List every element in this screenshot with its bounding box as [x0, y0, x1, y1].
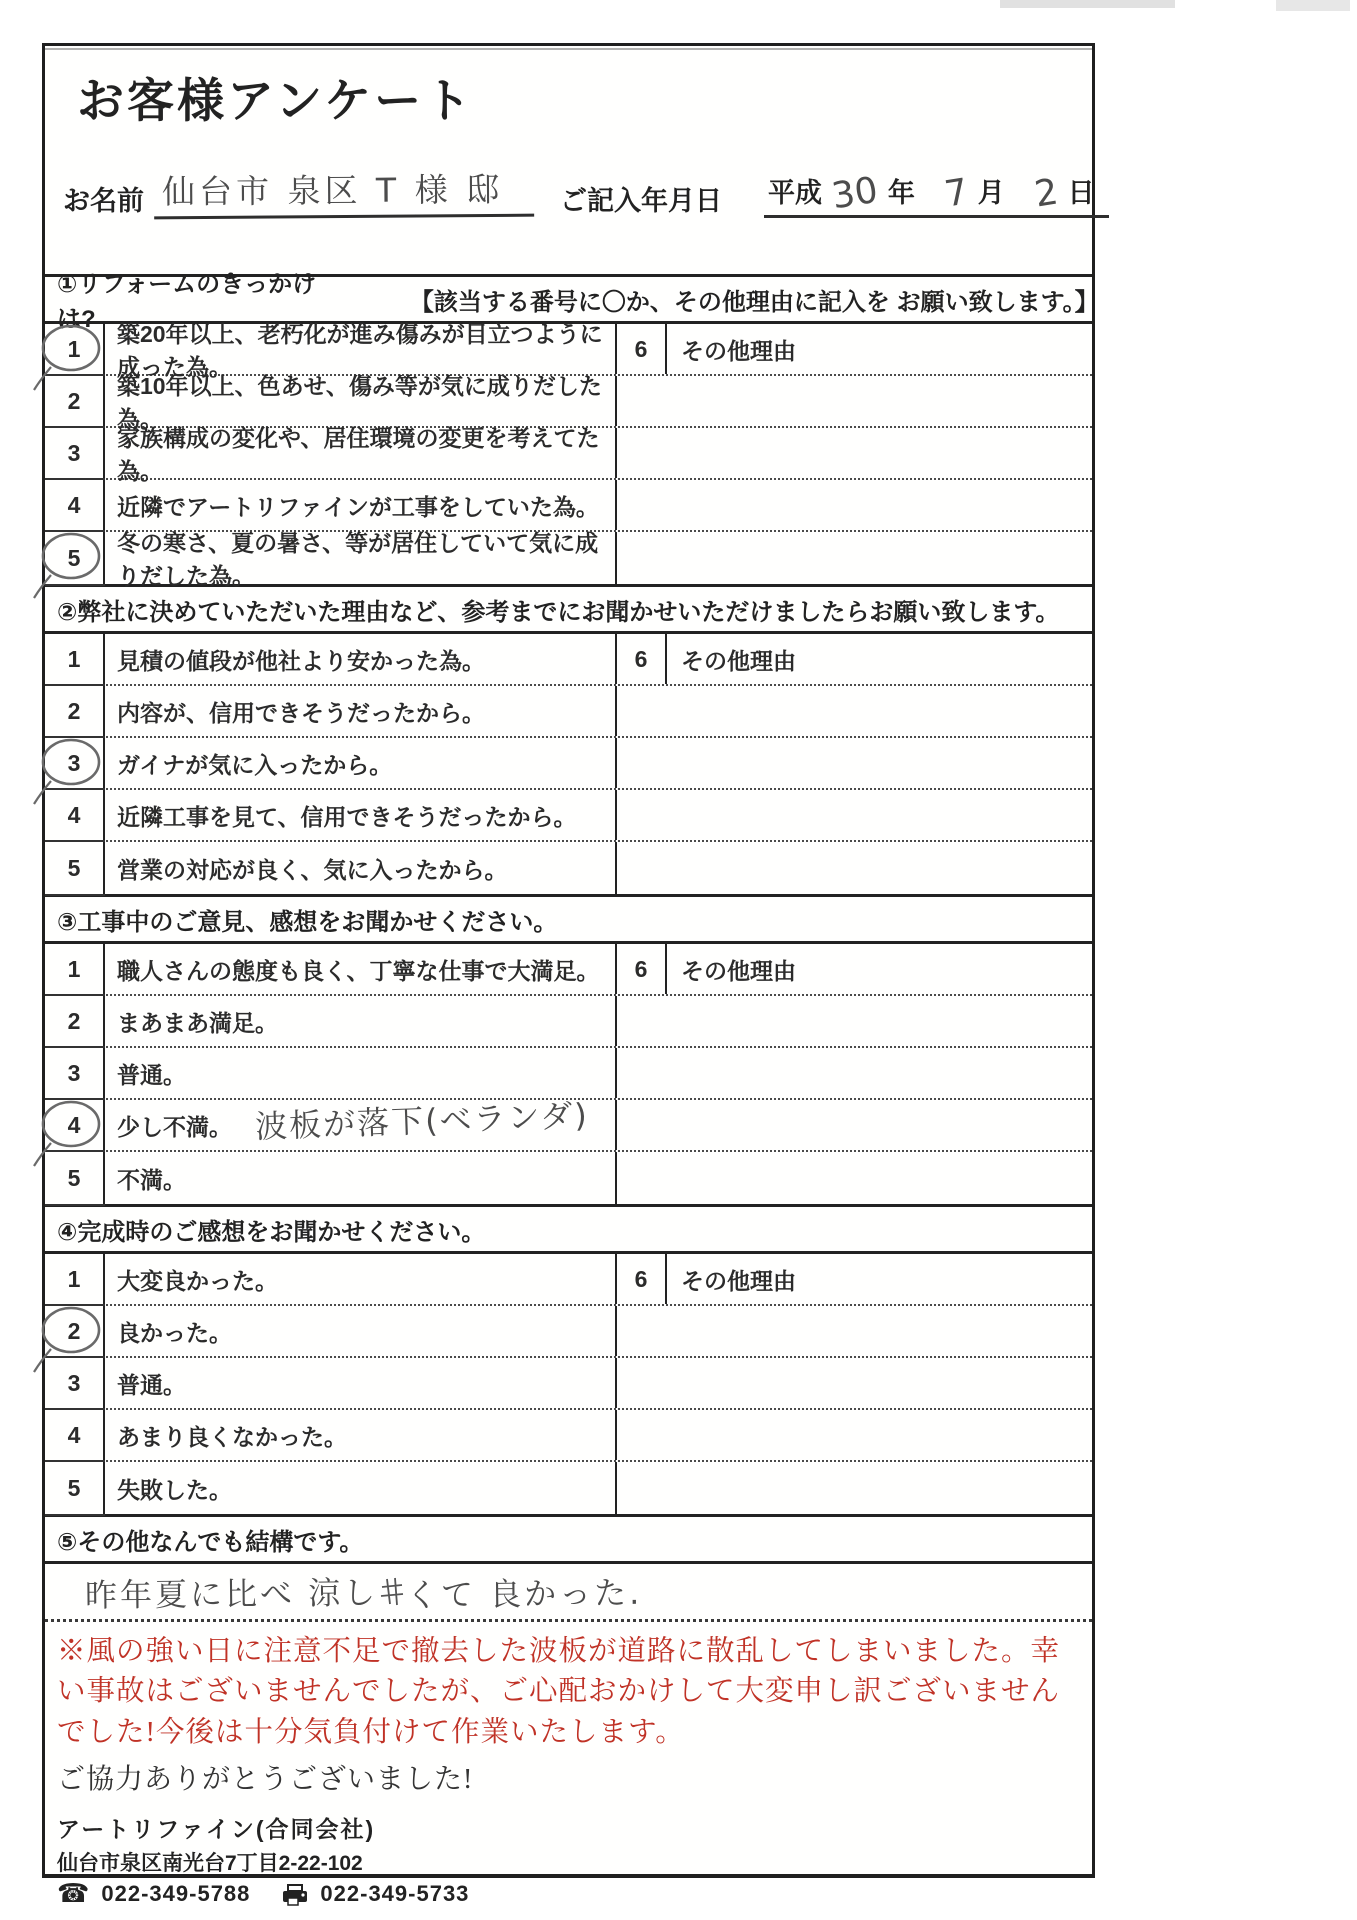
option-label: 家族構成の変化や、居住環境の変更を考えてた為。 [117, 420, 615, 486]
section1-instruction: 【該当する番号に〇か、その他理由に記入を お願い致します。】 [410, 282, 1092, 317]
option-text-cell: 内容が、信用できそうだったから。 [105, 686, 617, 736]
other-reason-cell: 6 その他理由 [617, 944, 1092, 994]
name-value-handwritten: 仙台市 泉区 T 様 邸 [154, 164, 534, 220]
other-number: 6 [617, 634, 667, 684]
option-number: 4 [68, 1422, 81, 1449]
option-text-cell: ガイナが気に入ったから。 [105, 738, 617, 788]
section3-header: ③工事中のご意見、感想をお聞かせください。 [45, 894, 1092, 944]
option-label: 見積の値段が他社より安かった為。 [117, 643, 485, 676]
fax-icon [282, 1883, 308, 1905]
other-reason-cell [617, 532, 1092, 584]
option-number-cell: 4 [45, 1410, 105, 1460]
option-number-cell: 1 [45, 944, 105, 994]
apology-notice-red: ※風の強い日に注意不足で撤去した波板が道路に散乱してしまいました。幸い事故はござ… [57, 1632, 1078, 1753]
table-row: 3 ガイナが気に入ったから。 [45, 738, 1092, 790]
phone-icon: ☎ [57, 1881, 89, 1907]
date-label: ご記入年月日 [560, 179, 722, 218]
option-number-cell: 2 [45, 1306, 105, 1356]
option-number-cell: 2 [45, 996, 105, 1046]
other-number: 6 [617, 1254, 667, 1304]
name-label: お名前 [63, 179, 144, 218]
option-number: 1 [68, 1266, 81, 1293]
option-label: 普通。 [117, 1367, 186, 1400]
company-address: 仙台市泉区南光台7丁目2-22-102 [57, 1847, 1092, 1877]
company-footer: アートリファイン(合同会社) 仙台市泉区南光台7丁目2-22-102 ☎ 022… [57, 1811, 1092, 1907]
table-row: 2 良かった。 [45, 1306, 1092, 1358]
option-label: 職人さんの態度も良く、丁寧な仕事で大満足。 [117, 953, 600, 986]
option-text-cell: 失敗した。 [105, 1462, 617, 1514]
month-label: 月 [978, 171, 1005, 210]
table-row: 3 普通。 [45, 1358, 1092, 1410]
option-text-cell: 家族構成の変化や、居住環境の変更を考えてた為。 [105, 428, 617, 478]
table-row: 5 冬の寒さ、夏の暑さ、等が居住していて気に成りだした為。 [45, 532, 1092, 584]
other-reason-cell [617, 842, 1092, 894]
section3-table: 1 職人さんの態度も良く、丁寧な仕事で大満足。 6 その他理由 2 まあまあ満足… [45, 944, 1092, 1204]
survey-form: お客様アンケート お名前 仙台市 泉区 T 様 邸 ご記入年月日 平成 30 年… [42, 43, 1095, 1878]
table-row: 1 大変良かった。 6 その他理由 [45, 1254, 1092, 1306]
option-number-cell: 3 [45, 428, 105, 478]
company-name: アートリファイン(合同会社) [57, 1811, 1092, 1844]
day-value-handwritten: 2 [1032, 178, 1059, 212]
handwritten-comment: くて 良かった. [406, 1567, 643, 1615]
option-number-cell: 5 [45, 532, 105, 584]
option-text-cell: 近隣でアートリファインが工事をしていた為。 [105, 480, 617, 530]
other-number: 6 [617, 324, 667, 374]
option-text-cell: 少し不満。 波板が落下(ベランダ) [105, 1100, 617, 1150]
scan-artifact [1000, 0, 1175, 8]
form-header: お客様アンケート お名前 仙台市 泉区 T 様 邸 ご記入年月日 平成 30 年… [45, 64, 1092, 274]
section4-table: 1 大変良かった。 6 その他理由 2 良かった。 3 [45, 1254, 1092, 1514]
thanks-message: ご協力ありがとうございました! [57, 1757, 1078, 1797]
other-label: その他理由 [667, 1263, 796, 1296]
option-number-cell: 5 [45, 1462, 105, 1514]
option-number: 4 [68, 1112, 81, 1139]
option-number-cell: 3 [45, 1358, 105, 1408]
option-number-cell: 3 [45, 738, 105, 788]
option-text-cell: 不満。 [105, 1152, 617, 1204]
table-row: 1 職人さんの態度も良く、丁寧な仕事で大満足。 6 その他理由 [45, 944, 1092, 996]
option-text-cell: 築10年以上、色あせ、傷み等が気に成りだした為。 [105, 376, 617, 426]
option-number-cell: 4 [45, 1100, 105, 1150]
option-label: 近隣でアートリファインが工事をしていた為。 [117, 489, 599, 522]
table-row: 1 見積の値段が他社より安かった為。 6 その他理由 [45, 634, 1092, 686]
option-number-cell: 1 [45, 324, 105, 374]
table-row: 5 失敗した。 [45, 1462, 1092, 1514]
other-reason-cell [617, 738, 1092, 788]
option-label: あまり良くなかった。 [117, 1419, 347, 1452]
option-text-cell: 近隣工事を見て、信用できそうだったから。 [105, 790, 617, 840]
other-number: 6 [617, 944, 667, 994]
section2-header: ②弊社に決めていただいた理由など、参考までにお聞かせいただけましたらお願い致しま… [45, 584, 1092, 634]
section3-title: ③工事中のご意見、感想をお聞かせください。 [57, 902, 557, 937]
table-row: 2 まあまあ満足。 [45, 996, 1092, 1048]
fax-number: 022-349-5733 [320, 1881, 469, 1907]
option-number: 5 [68, 855, 81, 882]
option-number: 3 [68, 1060, 81, 1087]
option-number: 3 [68, 440, 81, 467]
option-number-cell: 3 [45, 1048, 105, 1098]
option-text-cell: 職人さんの態度も良く、丁寧な仕事で大満足。 [105, 944, 617, 994]
option-label: 不満。 [117, 1162, 186, 1195]
option-text-cell: 普通。 [105, 1358, 617, 1408]
other-label: その他理由 [667, 333, 796, 366]
crossout-scribble-mark [380, 1577, 404, 1607]
option-number: 5 [68, 1475, 81, 1502]
table-row: 4 少し不満。 波板が落下(ベランダ) [45, 1100, 1092, 1152]
option-number: 3 [68, 1370, 81, 1397]
year-value-handwritten: 30 [830, 176, 880, 213]
option-number: 1 [68, 956, 81, 983]
option-text-cell: 冬の寒さ、夏の暑さ、等が居住していて気に成りだした為。 [105, 532, 617, 584]
option-label: 近隣工事を見て、信用できそうだったから。 [117, 799, 577, 832]
option-number: 3 [68, 750, 81, 777]
option-number: 1 [68, 336, 81, 363]
other-reason-cell: 6 その他理由 [617, 634, 1092, 684]
other-reason-cell [617, 480, 1092, 530]
section2-table: 1 見積の値段が他社より安かった為。 6 その他理由 2 内容が、信用できそうだ… [45, 634, 1092, 894]
option-label: 失敗した。 [117, 1472, 232, 1505]
other-reason-cell: 6 その他理由 [617, 324, 1092, 374]
option-number: 5 [68, 545, 81, 572]
option-number: 2 [68, 1318, 81, 1345]
name-date-row: お名前 仙台市 泉区 T 様 邸 ご記入年月日 平成 30 年 7 月 2 日 [63, 165, 1092, 218]
other-label: その他理由 [667, 953, 796, 986]
other-reason-cell [617, 1152, 1092, 1204]
section2-title: ②弊社に決めていただいた理由など、参考までにお聞かせいただけましたらお願い致しま… [57, 592, 1059, 627]
other-reason-cell [617, 428, 1092, 478]
option-number: 2 [68, 698, 81, 725]
other-reason-cell [617, 1048, 1092, 1098]
option-label: 冬の寒さ、夏の暑さ、等が居住していて気に成りだした為。 [117, 525, 615, 591]
other-reason-cell [617, 1462, 1092, 1514]
option-number-cell: 4 [45, 480, 105, 530]
option-label: 大変良かった。 [117, 1263, 278, 1296]
scan-artifact [1276, 0, 1350, 11]
other-reason-cell [617, 1306, 1092, 1356]
option-text-cell: 営業の対応が良く、気に入ったから。 [105, 842, 617, 894]
phone-number: 022-349-5788 [101, 1881, 250, 1907]
other-reason-cell [617, 1358, 1092, 1408]
option-number-cell: 1 [45, 1254, 105, 1304]
option-number-cell: 2 [45, 376, 105, 426]
option-number-cell: 2 [45, 686, 105, 736]
option-label: 営業の対応が良く、気に入ったから。 [117, 852, 508, 885]
option-text-cell: 普通。 [105, 1048, 617, 1098]
section5-header: ⑤その他なんでも結構です。 [45, 1514, 1092, 1564]
page-title: お客様アンケート [77, 64, 1092, 131]
section1-table: 1 築20年以上、老朽化が進み傷みが目立つように成った為。 6 その他理由 2 … [45, 324, 1092, 584]
other-reason-cell [617, 686, 1092, 736]
other-reason-cell: 6 その他理由 [617, 1254, 1092, 1304]
option-number-cell: 5 [45, 842, 105, 894]
option-number: 4 [68, 802, 81, 829]
contact-row: ☎ 022-349-5788 022-349-5733 [57, 1881, 1092, 1907]
option-label: 少し不満。 [117, 1109, 232, 1142]
option-number-cell: 4 [45, 790, 105, 840]
table-row: 4 近隣工事を見て、信用できそうだったから。 [45, 790, 1092, 842]
option-label: 内容が、信用できそうだったから。 [117, 695, 485, 728]
month-value-handwritten: 7 [943, 178, 970, 212]
option-number-cell: 5 [45, 1152, 105, 1204]
option-text-cell: 大変良かった。 [105, 1254, 617, 1304]
option-text-cell: 見積の値段が他社より安かった為。 [105, 634, 617, 684]
date-group: 平成 30 年 7 月 2 日 [764, 171, 1109, 218]
table-row: 4 あまり良くなかった。 [45, 1410, 1092, 1462]
day-label: 日 [1068, 171, 1095, 210]
option-label: まあまあ満足。 [117, 1005, 278, 1038]
option-number-cell: 1 [45, 634, 105, 684]
option-text-cell: 築20年以上、老朽化が進み傷みが目立つように成った為。 [105, 324, 617, 374]
option-text-cell: あまり良くなかった。 [105, 1410, 617, 1460]
free-comment-area: 昨年夏に比べ 涼し くて 良かった. [45, 1564, 1092, 1622]
option-number: 2 [68, 388, 81, 415]
table-row: 2 内容が、信用できそうだったから。 [45, 686, 1092, 738]
other-reason-cell [617, 376, 1092, 426]
option-number: 4 [68, 492, 81, 519]
option-label: 良かった。 [117, 1315, 232, 1348]
option-text-cell: まあまあ満足。 [105, 996, 617, 1046]
table-row: 5 営業の対応が良く、気に入ったから。 [45, 842, 1092, 894]
section5-title: ⑤その他なんでも結構です。 [57, 1522, 363, 1557]
year-label: 年 [888, 171, 915, 210]
other-label: その他理由 [667, 643, 796, 676]
option-number: 2 [68, 1008, 81, 1035]
table-row: 3 家族構成の変化や、居住環境の変更を考えてた為。 [45, 428, 1092, 480]
table-row: 5 不満。 [45, 1152, 1092, 1204]
handwritten-comment: 昨年夏に比べ 涼し [85, 1567, 379, 1616]
era-label: 平成 [768, 171, 822, 210]
option-number: 1 [68, 646, 81, 673]
option-text-cell: 良かった。 [105, 1306, 617, 1356]
other-reason-cell [617, 790, 1092, 840]
other-reason-cell [617, 1410, 1092, 1460]
option-label: ガイナが気に入ったから。 [117, 747, 392, 780]
section4-title: ④完成時のご感想をお聞かせください。 [57, 1212, 485, 1247]
option-label: 普通。 [117, 1057, 186, 1090]
other-reason-cell [617, 996, 1092, 1046]
option-number: 5 [68, 1165, 81, 1192]
other-reason-cell [617, 1100, 1092, 1150]
section4-header: ④完成時のご感想をお聞かせください。 [45, 1204, 1092, 1254]
scanned-survey-page: お客様アンケート お名前 仙台市 泉区 T 様 邸 ご記入年月日 平成 30 年… [0, 0, 1357, 1920]
